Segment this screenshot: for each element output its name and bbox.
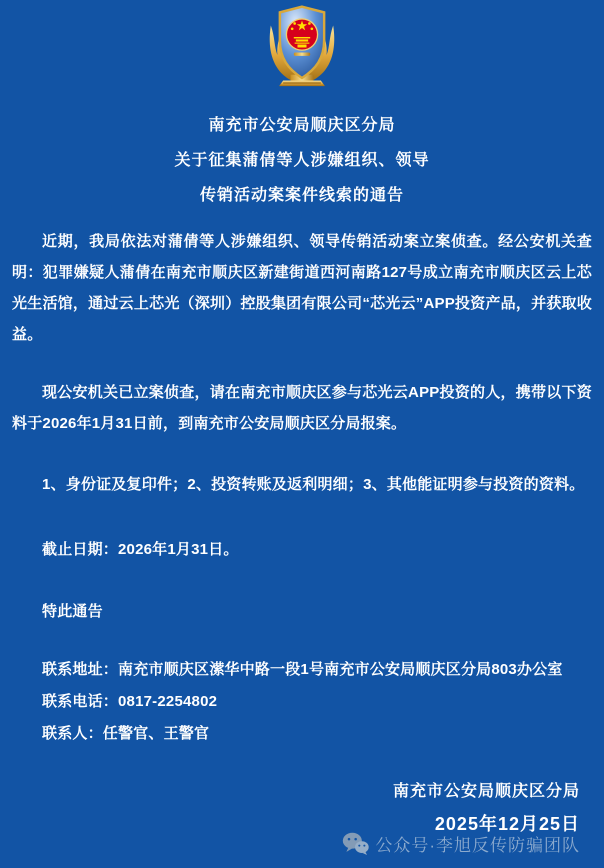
watermark-text: 公众号·李旭反传防骗团队 (375, 831, 580, 856)
contact-person: 联系人：任警官、王警官 (12, 718, 592, 750)
title-line-authority: 南充市公安局顺庆区分局 (0, 108, 604, 143)
police-notice-poster: 南充市公安局顺庆区分局 关于征集蒲倩等人涉嫌组织、领导 传销活动案案件线索的通告… (0, 0, 604, 868)
closing-line: 特此通告 (12, 596, 592, 627)
notice-footer: 南充市公安局顺庆区分局 2025年12月25日 (12, 782, 592, 835)
police-badge (0, 0, 604, 84)
contact-address: 联系地址：南充市顺庆区潆华中路一段1号南充市公安局顺庆区分局803办公室 (12, 654, 592, 686)
title-line-type: 传销活动案案件线索的通告 (0, 178, 604, 213)
paragraph-case-summary: 近期，我局依法对蒲倩等人涉嫌组织、领导传销活动案立案侦查。经公安机关查明：犯罪嫌… (12, 226, 592, 350)
wechat-icon (342, 832, 369, 855)
issuer-signature: 南充市公安局顺庆区分局 (12, 782, 580, 802)
deadline-line: 截止日期：2026年1月31日。 (12, 534, 592, 565)
paragraph-report-request: 现公安机关已立案侦查，请在南充市顺庆区参与芯光云APP投资的人，携带以下资料于2… (12, 377, 592, 439)
watermark: 公众号·李旭反传防骗团队 (342, 831, 580, 856)
contact-phone: 联系电话：0817-2254802 (12, 686, 592, 718)
notice-title: 南充市公安局顺庆区分局 关于征集蒲倩等人涉嫌组织、领导 传销活动案案件线索的通告 (0, 108, 604, 213)
notice-body: 近期，我局依法对蒲倩等人涉嫌组织、领导传销活动案立案侦查。经公安机关查明：犯罪嫌… (0, 226, 604, 835)
paragraph-materials-list: 1、身份证及复印件；2、投资转账及返利明细；3、其他能证明参与投资的资料。 (12, 469, 592, 500)
title-line-subject: 关于征集蒲倩等人涉嫌组织、领导 (0, 143, 604, 178)
police-badge-icon (261, 4, 343, 88)
